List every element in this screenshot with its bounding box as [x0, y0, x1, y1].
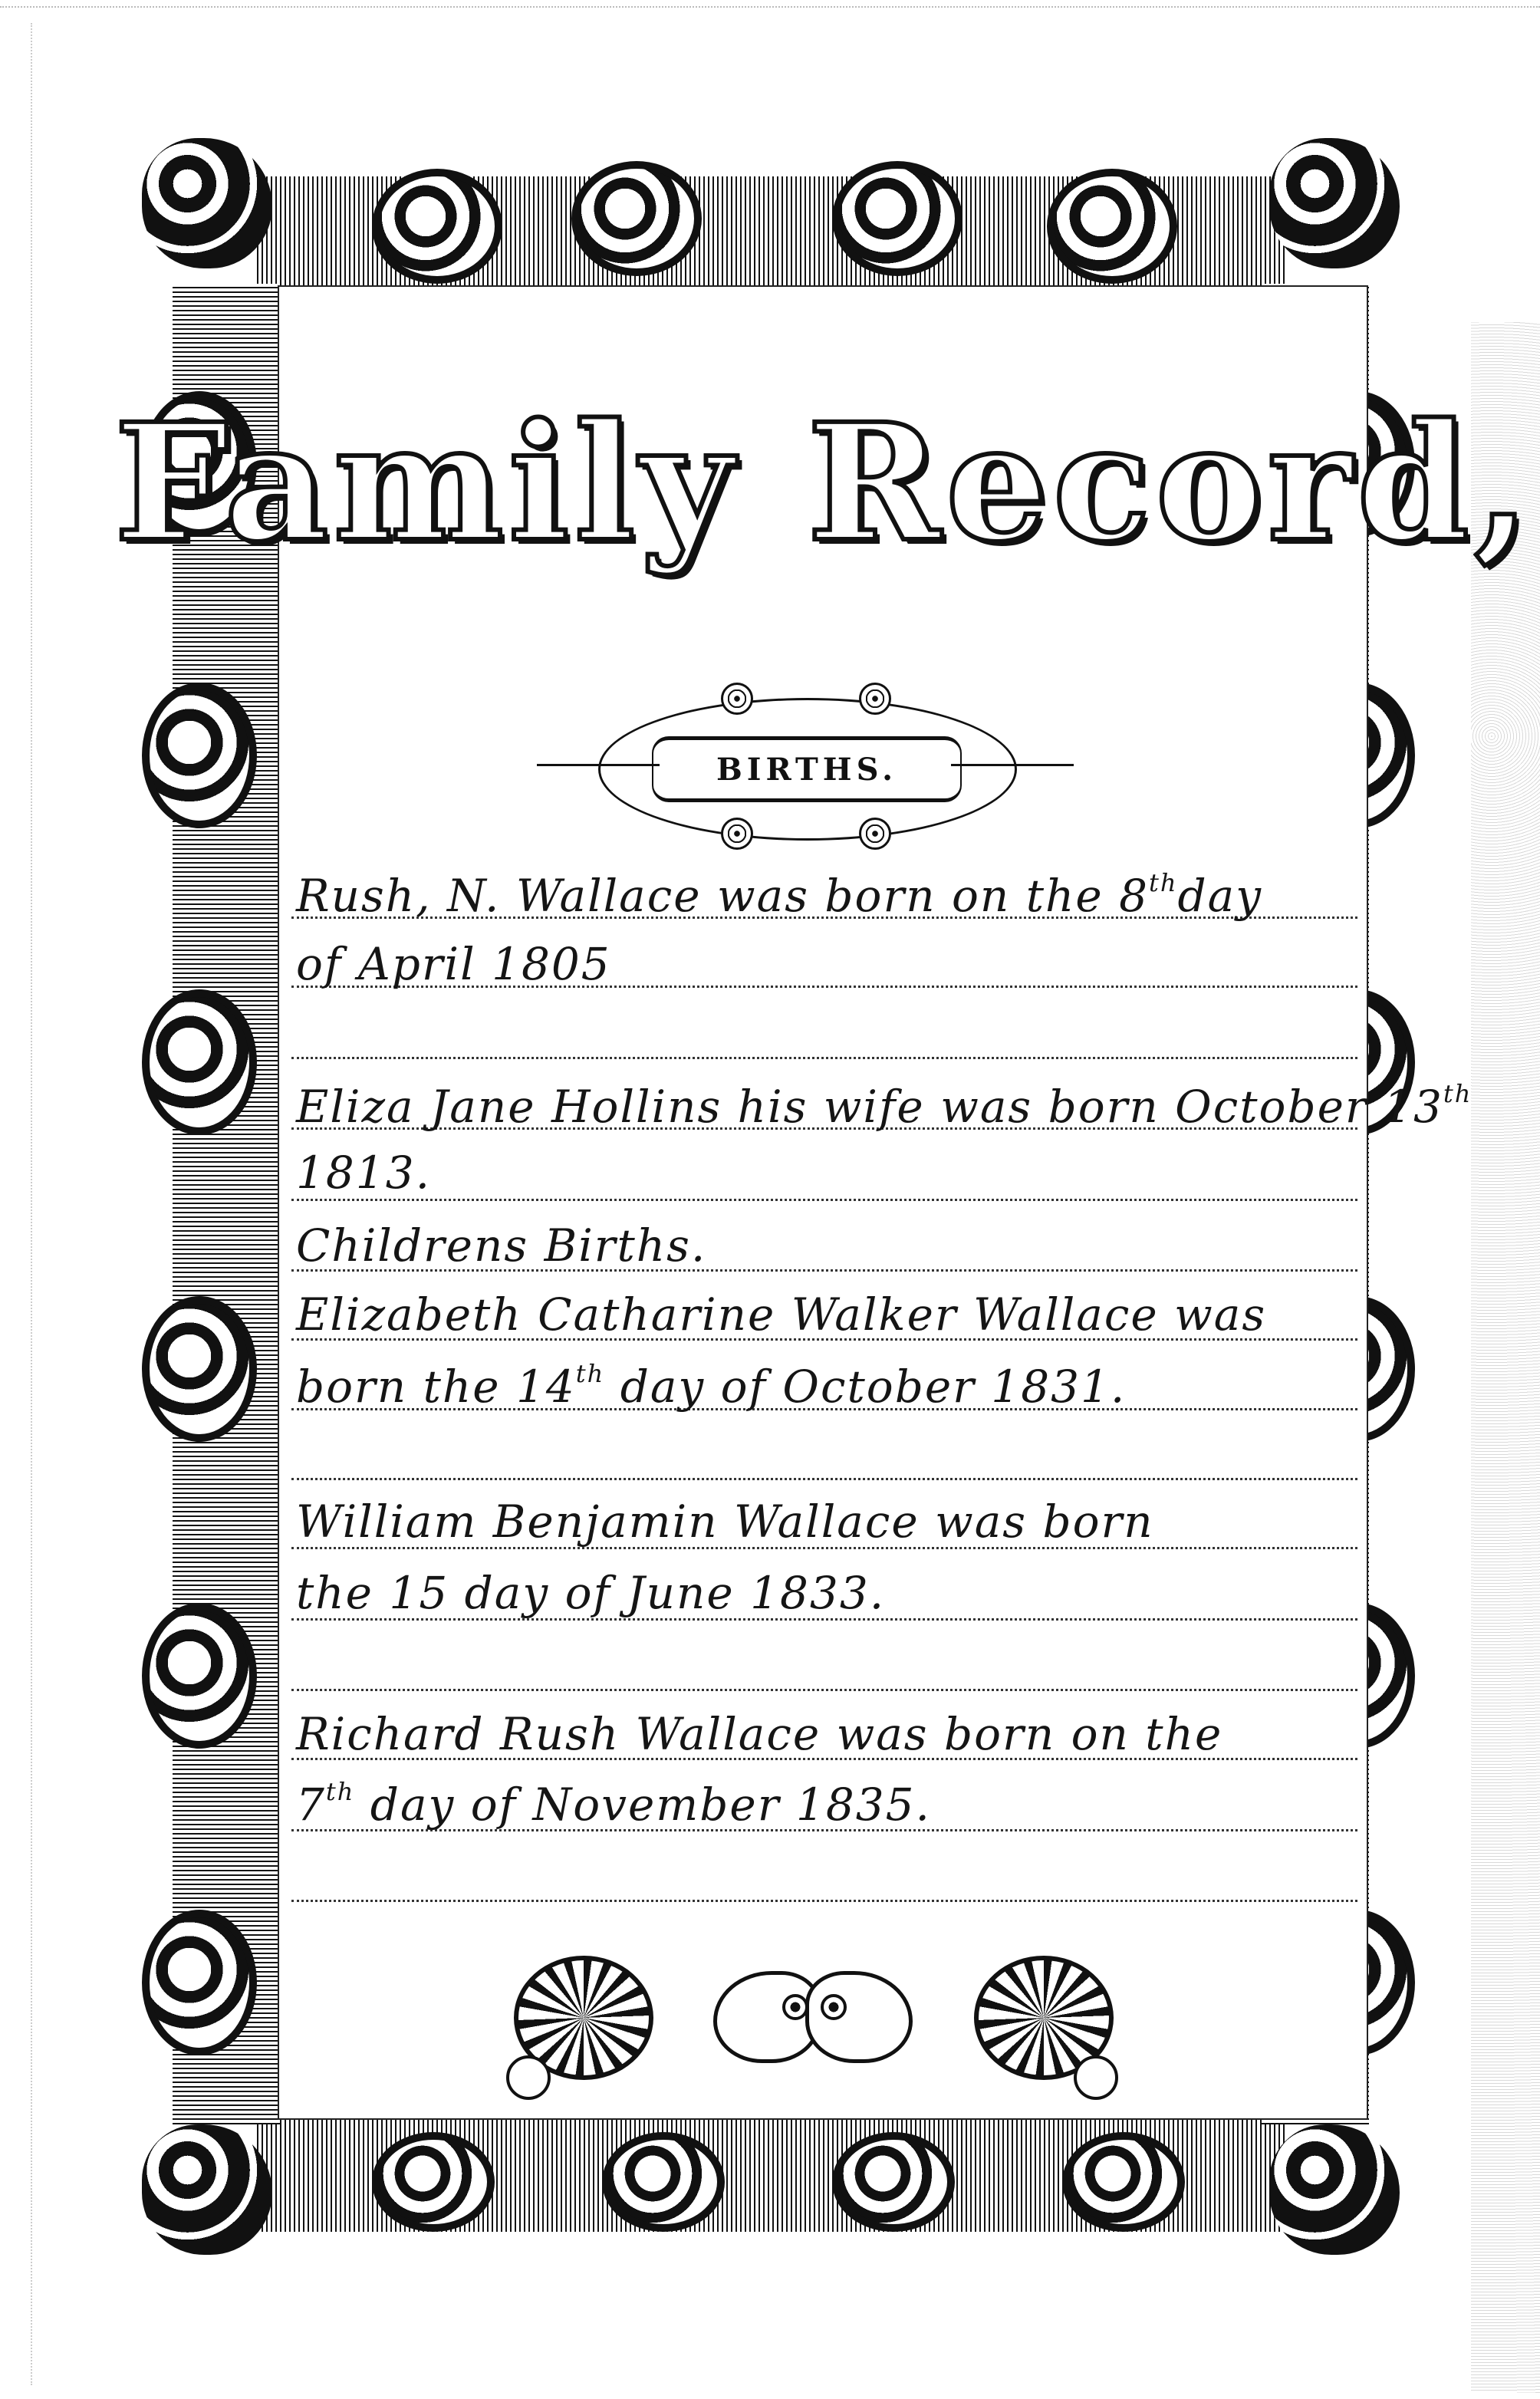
entry-text-line: of April 1805 — [296, 942, 611, 986]
childrens-births-heading: Childrens Births. — [296, 1223, 706, 1268]
scan-edge-left — [31, 23, 32, 2385]
entry-text: born the 14 — [296, 1361, 576, 1413]
entry-text: day — [1178, 870, 1262, 922]
ruled-line — [291, 1199, 1357, 1201]
entry-text-line: Richard Rush Wallace was born on the — [296, 1712, 1222, 1756]
griffin-head-left-icon — [713, 1971, 821, 2063]
entry-text-line: Elizabeth Catharine Walker Wallace was — [296, 1292, 1266, 1337]
scroll-ornament-icon — [142, 683, 257, 828]
entry-text: 7 — [296, 1779, 326, 1831]
griffin-head-right-icon — [805, 1971, 913, 2063]
ordinal-suffix: th — [1443, 1079, 1472, 1108]
ordinal-suffix: th — [576, 1359, 604, 1388]
corner-ornament-bottom-left — [127, 2109, 295, 2278]
scroll-ornament-icon — [142, 1910, 257, 2055]
entry-text: day of October 1831. — [604, 1361, 1126, 1413]
corner-ornament-top-left — [127, 123, 295, 291]
entry-text-line: 7th day of November 1835. — [296, 1779, 931, 1827]
bottom-griffin-ornament — [483, 1940, 1135, 2086]
ruled-line — [291, 1689, 1357, 1691]
ball-ornament-icon — [1074, 2055, 1118, 2100]
ruled-line — [291, 1478, 1357, 1480]
griffin-eye-icon — [821, 1994, 847, 2020]
entry-text-line: the 15 day of June 1833. — [296, 1571, 885, 1615]
entry-text-line: Rush, N. Wallace was born on the 8thday — [296, 870, 1262, 918]
entry-text: Eliza Jane Hollins his wife was born Oct… — [296, 1081, 1443, 1133]
entry-text: Rush, N. Wallace was born on the 8 — [296, 870, 1149, 922]
griffin-eye-icon — [782, 1994, 808, 2020]
ordinal-suffix: th — [326, 1777, 354, 1806]
document-page: Family Record, BIRTHS. Rush, — [0, 0, 1540, 2399]
ball-ornament-icon — [506, 2055, 551, 2100]
entry-text-line: Eliza Jane Hollins his wife was born Oct… — [296, 1081, 1472, 1129]
ruled-line — [291, 1900, 1357, 1902]
ruled-line — [291, 1057, 1357, 1059]
ordinal-suffix: th — [1149, 868, 1177, 897]
scan-smudge — [1471, 322, 1540, 2393]
scroll-ornament-icon — [142, 989, 257, 1135]
scroll-ornament-icon — [142, 1603, 257, 1749]
entry-text: day of November 1835. — [354, 1779, 931, 1831]
entry-text-line: William Benjamin Wallace was born — [296, 1499, 1154, 1544]
scroll-ornament-icon — [142, 1296, 257, 1442]
entry-text-line: 1813. — [296, 1150, 431, 1195]
entry-text-line: born the 14th day of October 1831. — [296, 1361, 1126, 1409]
